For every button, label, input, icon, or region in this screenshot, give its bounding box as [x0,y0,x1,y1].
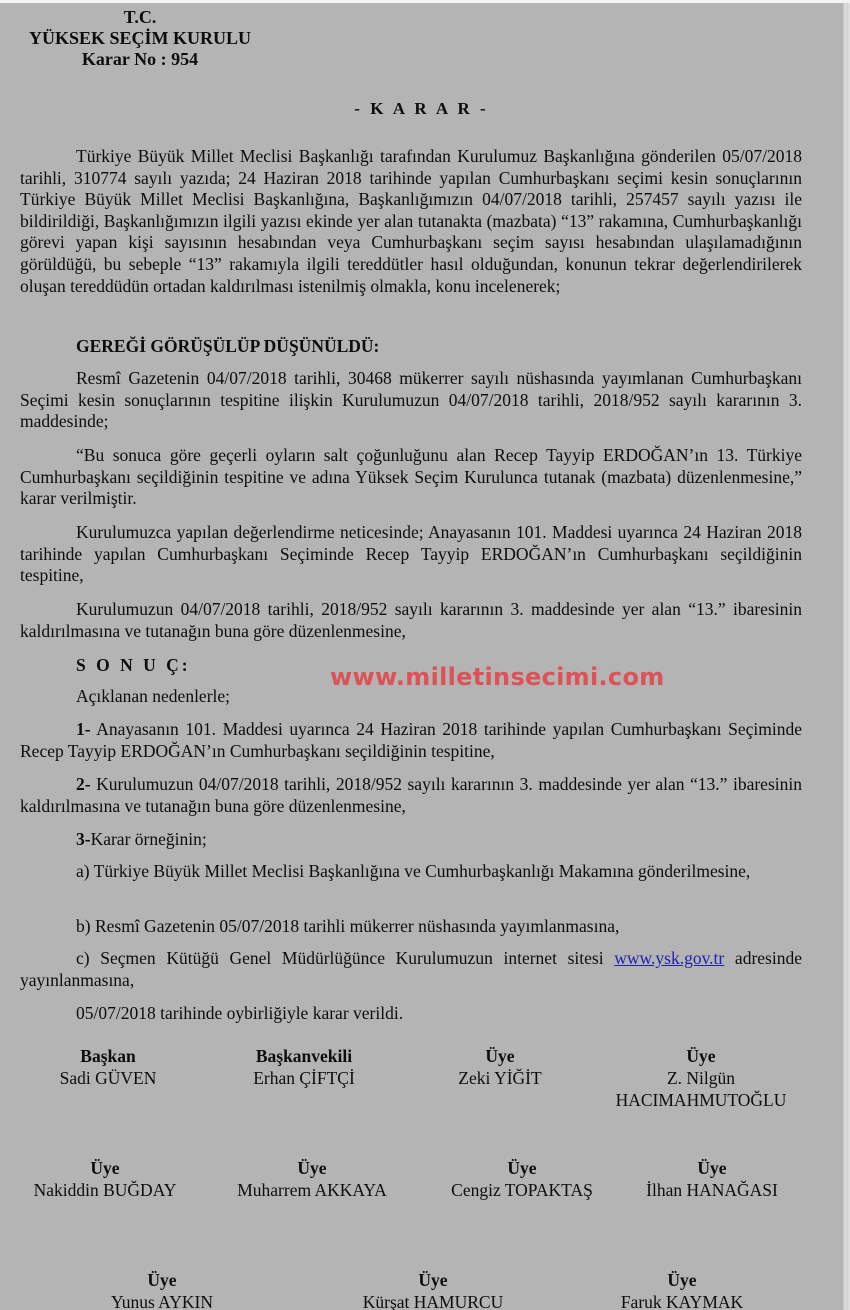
ysk-website-link[interactable]: www.ysk.gov.tr [614,948,724,968]
page-edge [843,3,850,1310]
header-tc: T.C. [20,7,260,28]
document-title: - K A R A R - [0,98,843,120]
signatory-member: Üye Kürşat HAMURCU [333,1269,533,1310]
distribution-item-a: a) Türkiye Büyük Millet Meclisi Başkanlı… [20,861,802,883]
header-decision-number: Karar No : 954 [20,49,260,70]
signatory-member: Üye Muharrem AKKAYA [212,1157,412,1201]
result-item-1: 1- Anayasanın 101. Maddesi uyarınca 24 H… [20,719,802,762]
signatory-member: Üye Z. Nilgün HACIMAHMUTOĞLU [601,1045,801,1111]
deliberation-paragraph-3: Kurulumuzca yapılan değerlendirme netice… [20,522,802,587]
signatory-member: Üye Faruk KAYMAK [582,1269,782,1310]
result-item-2: 2- Kurulumuzun 04/07/2018 tarihli, 2018/… [20,774,802,817]
distribution-item-c: c) Seçmen Kütüğü Genel Müdürlüğünce Kuru… [20,948,802,991]
signatory-vice-chairman: Başkanvekili Erhan ÇİFTÇİ [204,1045,404,1089]
intro-paragraph: Türkiye Büyük Millet Meclisi Başkanlığı … [20,146,802,297]
distribution-item-b: b) Resmî Gazetenin 05/07/2018 tarihli mü… [20,916,802,938]
watermark-text: www.milletinsecimi.com [330,667,665,689]
closing-statement: 05/07/2018 tarihinde oybirliğiyle karar … [20,1003,802,1025]
decision-document: T.C. YÜKSEK SEÇİM KURULU Karar No : 954 … [0,3,843,1310]
document-header: T.C. YÜKSEK SEÇİM KURULU Karar No : 954 [20,7,260,70]
signatory-member: Üye İlhan HANAĞASI [612,1157,812,1201]
signatory-chairman: Başkan Sadi GÜVEN [8,1045,208,1089]
deliberation-paragraph-2: “Bu sonuca göre geçerli oyların salt çoğ… [20,445,802,510]
deliberation-paragraph-4: Kurulumuzun 04/07/2018 tarihli, 2018/952… [20,599,802,642]
deliberation-heading: GEREĞİ GÖRÜŞÜLÜP DÜŞÜNÜLDÜ: [76,336,379,358]
deliberation-paragraph-1: Resmî Gazetenin 04/07/2018 tarihli, 3046… [20,368,802,433]
result-item-3: 3-Karar örneğinin; [20,829,802,851]
signatory-member: Üye Nakiddin BUĞDAY [5,1157,205,1201]
signatory-member: Üye Yunus AYKIN [62,1269,262,1310]
header-institution: YÜKSEK SEÇİM KURULU [20,28,260,49]
result-heading: S O N U Ç: [76,655,191,677]
signatory-member: Üye Zeki YİĞİT [400,1045,600,1089]
signatory-member: Üye Cengiz TOPAKTAŞ [422,1157,622,1201]
